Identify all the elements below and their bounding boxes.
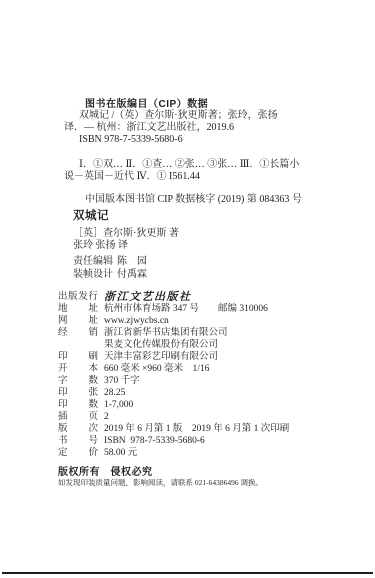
credit-label: 装帧设计 — [73, 268, 113, 281]
pubinfo-label: 印刷 — [58, 351, 98, 363]
cip-record-block: 双城记 /（英）查尔斯·狄更斯著；张玲，张扬译．— 杭州：浙江文艺出版社，201… — [64, 110, 332, 146]
pubinfo-value: 2019 年 6 月第 1 版 2019 年 6 月第 1 次印刷 — [104, 423, 289, 435]
pubinfo-label: 印数 — [58, 399, 98, 411]
cip-class-line: 说－英国－近代 Ⅳ．① I561.44 — [64, 171, 332, 183]
pubinfo-row: 字数370 千字 — [58, 375, 289, 387]
pubinfo-value: 2 — [104, 411, 109, 423]
credit-label: 责任编辑 — [73, 255, 113, 268]
pubinfo-label: 版次 — [58, 423, 98, 435]
pubinfo-label: 经销 — [58, 327, 98, 339]
book-title: 双城记 — [73, 207, 109, 223]
pubinfo-row: 印数1-7,000 — [58, 399, 289, 411]
pubinfo-label: 地址 — [58, 303, 98, 315]
cip-record-line: ISBN 978-7-5339-5680-6 — [64, 134, 332, 146]
pubinfo-row: 定价58.00 元 — [58, 447, 289, 459]
copyright-notice: 版权所有 侵权必究 — [58, 463, 153, 478]
pubinfo-value: 58.00 元 — [104, 447, 137, 459]
pubinfo-label: 开本 — [58, 363, 98, 375]
pubinfo-value: ISBN 978-7-5339-5680-6 — [104, 435, 205, 447]
pubinfo-value: 660 毫米 ×960 毫米 1/16 — [104, 363, 209, 375]
pubinfo-value: 天津丰富彩艺印刷有限公司 — [104, 351, 218, 363]
pubinfo-label: 插页 — [58, 411, 98, 423]
pubinfo-row: 书号ISBN 978-7-5339-5680-6 — [58, 435, 289, 447]
credit-value: 陈 园 — [117, 255, 147, 268]
pubinfo-row: 印刷天津丰富彩艺印刷有限公司 — [58, 351, 289, 363]
pubinfo-row: 开本660 毫米 ×960 毫米 1/16 — [58, 363, 289, 375]
pubinfo-label: 网址 — [58, 315, 98, 327]
cip-record-line: 双城记 /（英）查尔斯·狄更斯著；张玲，张扬 — [64, 110, 332, 122]
pubinfo-label: 字数 — [58, 375, 98, 387]
pubinfo-value: 1-7,000 — [104, 399, 133, 411]
credit-row: 装帧设计付禹霖 — [73, 268, 147, 281]
cip-registry-line: 中国版本图书馆 CIP 数据核字 (2019) 第 084363 号 — [85, 190, 302, 205]
pubinfo-row: 地址杭州市体育场路 347 号 邮编 310006 — [58, 303, 289, 315]
pubinfo-row: 网址www.zjwycbs.cn — [58, 315, 289, 327]
pubinfo-block: 出版发行浙江文艺出版社地址杭州市体育场路 347 号 邮编 310006网址ww… — [58, 291, 289, 459]
cip-class-line: Ⅰ．①双… Ⅱ．①查… ②张… ③张… Ⅲ．①长篇小 — [64, 159, 332, 171]
copyright-page: 图书在版编目（CIP）数据 双城记 /（英）查尔斯·狄更斯著；张玲，张扬译．— … — [0, 0, 375, 578]
credits-block: 责任编辑陈 园装帧设计付禹霖 — [73, 255, 147, 281]
pubinfo-row: 经销浙江省新华书店集团有限公司 果麦文化传媒股份有限公司 — [58, 327, 289, 351]
pubinfo-row: 出版发行浙江文艺出版社 — [58, 291, 289, 303]
pubinfo-value: 370 千字 — [104, 375, 140, 387]
cip-class-block: Ⅰ．①双… Ⅱ．①查… ②张… ③张… Ⅲ．①长篇小说－英国－近代 Ⅳ．① I5… — [64, 159, 332, 183]
pubinfo-label: 印张 — [58, 387, 98, 399]
pubinfo-value: 杭州市体育场路 347 号 邮编 310006 — [104, 303, 268, 315]
pubinfo-row: 印张28.25 — [58, 387, 289, 399]
pubinfo-value: 28.25 — [104, 387, 125, 399]
book-translator: 张玲 张扬 译 — [73, 236, 128, 251]
pubinfo-value: 浙江省新华书店集团有限公司 果麦文化传媒股份有限公司 — [104, 327, 228, 351]
credit-value: 付禹霖 — [117, 268, 147, 281]
pubinfo-row: 插页2 — [58, 411, 289, 423]
pubinfo-label: 出版发行 — [58, 291, 98, 303]
pubinfo-value: www.zjwycbs.cn — [104, 315, 169, 327]
pubinfo-label: 书号 — [58, 435, 98, 447]
page-bottom-edge-line — [2, 572, 373, 574]
pubinfo-value: 浙江文艺出版社 — [104, 291, 192, 303]
pubinfo-row: 版次2019 年 6 月第 1 版 2019 年 6 月第 1 次印刷 — [58, 423, 289, 435]
copyright-quality-note: 如发现印装质量问题，影响阅读，请联系 021-64386496 调换。 — [58, 477, 263, 488]
pubinfo-label: 定价 — [58, 447, 98, 459]
credit-row: 责任编辑陈 园 — [73, 255, 147, 268]
cip-record-line: 译．— 杭州：浙江文艺出版社，2019.6 — [64, 122, 332, 134]
cip-header: 图书在版编目（CIP）数据 — [85, 95, 208, 110]
